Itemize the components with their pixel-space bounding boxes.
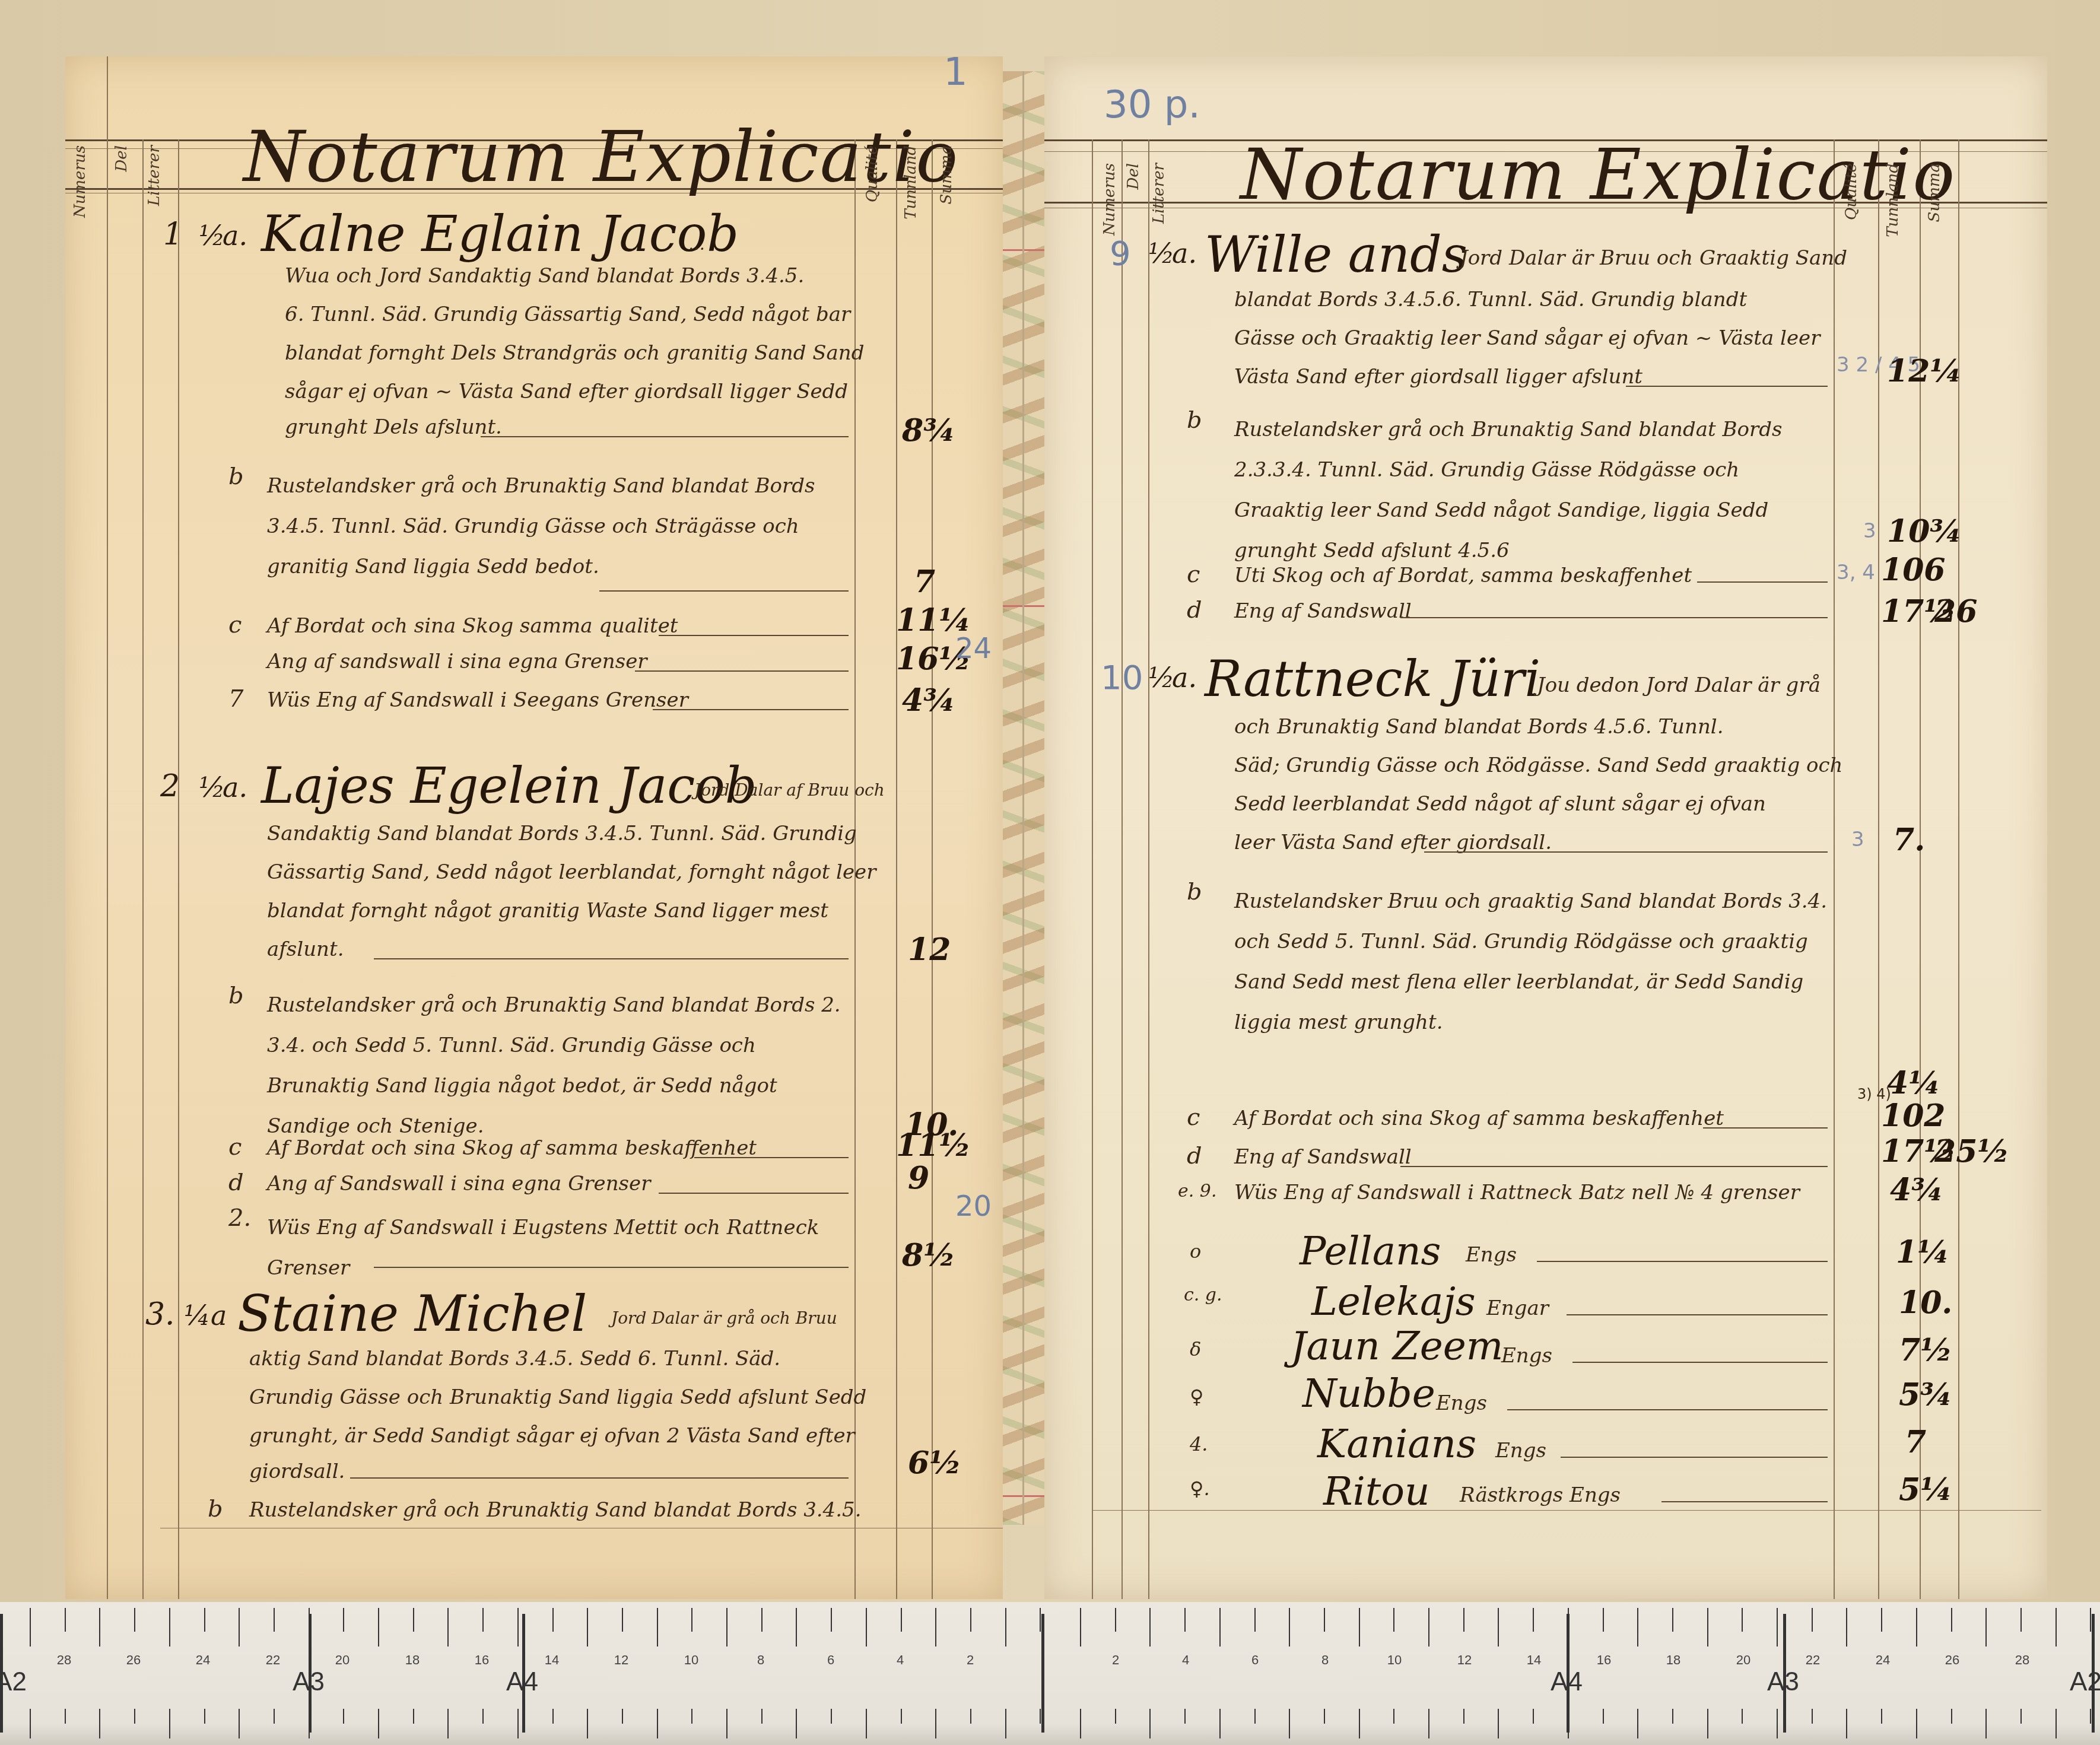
ruler-tick bbox=[2090, 1709, 2091, 1724]
ruler-tick bbox=[1324, 1709, 1325, 1724]
entry-name: Lajes Egelein Jacob bbox=[261, 757, 757, 815]
ruler-tick bbox=[1219, 1608, 1221, 1647]
ruler-tick bbox=[587, 1608, 588, 1647]
subitem-text: Af Bordat och sina Skog samma qualitet bbox=[267, 614, 678, 638]
subitem-amount: 8½ bbox=[902, 1237, 955, 1273]
entry-line: leer Västa Sand efter giordsall. bbox=[1234, 831, 1552, 854]
ruler-label: 24 bbox=[1876, 1652, 1890, 1668]
ruler-tick bbox=[796, 1709, 797, 1738]
fill-line bbox=[1572, 1362, 1828, 1363]
ruler-label: 20 bbox=[335, 1652, 350, 1668]
ruler-tick bbox=[1115, 1709, 1116, 1724]
page-title: Notarum Explicatio bbox=[243, 116, 959, 198]
fill-line bbox=[350, 1477, 849, 1479]
ruler-tick bbox=[726, 1608, 727, 1647]
subitem-letter: d bbox=[228, 1169, 244, 1196]
ruler-tick bbox=[691, 1608, 692, 1632]
ruler-tick bbox=[274, 1709, 275, 1724]
ruler-tick bbox=[1951, 1709, 1952, 1724]
subitem-text: Ang af sandswall i sina egna Grenser bbox=[267, 650, 647, 673]
ruler-tick bbox=[413, 1608, 414, 1632]
entry-line: afslunt. bbox=[267, 937, 344, 961]
entry-line: Jord Dalar af Bruu och bbox=[694, 780, 885, 800]
ruler-label: 16 bbox=[475, 1652, 489, 1668]
ruler-major-mark bbox=[1041, 1614, 1044, 1733]
entry-amount: 8¾ bbox=[902, 412, 955, 449]
subitem-text: Rustelandsker Bruu och graaktig Sand bla… bbox=[1234, 881, 1828, 1042]
ruler-tick bbox=[1184, 1608, 1186, 1632]
ruler-tick bbox=[1005, 1709, 1006, 1738]
ruler-tick bbox=[1289, 1709, 1290, 1738]
entry-line: Gässe och Graaktig leer Sand sågar ej of… bbox=[1234, 326, 1820, 350]
folio-number: 1 bbox=[943, 56, 968, 94]
ruler-tick bbox=[657, 1608, 658, 1647]
column-rule bbox=[107, 56, 108, 1599]
ruler-tick bbox=[1533, 1608, 1534, 1632]
subitem-letter: b bbox=[208, 1495, 223, 1522]
meadow-name: Jaun Zeem bbox=[1291, 1323, 1503, 1369]
ruler-label: 6 bbox=[1251, 1652, 1259, 1668]
ruler-tick bbox=[30, 1709, 31, 1738]
fill-line bbox=[1400, 617, 1828, 618]
ruler-tick bbox=[1812, 1608, 1813, 1632]
column-head-litterer: Litterer bbox=[1150, 163, 1168, 224]
subitem-text: Wüs Eng af Sandswall i Rattneck Batz nel… bbox=[1234, 1181, 1800, 1204]
ruler-tick bbox=[2055, 1608, 2057, 1647]
entry-line: Sedd leerblandat Sedd något af slunt såg… bbox=[1234, 792, 1766, 816]
ruler-tick bbox=[482, 1608, 484, 1632]
map-boundary bbox=[1003, 249, 1044, 251]
fill-line bbox=[1400, 1166, 1828, 1167]
left-page: 1 Notarum Explicatio Numerus Del Littere… bbox=[65, 56, 1003, 1599]
column-head-summa: Summa bbox=[1926, 163, 1943, 222]
paper-size-label: A3 bbox=[293, 1667, 325, 1697]
ruler-tick bbox=[65, 1608, 66, 1632]
subitem-letter: b bbox=[1187, 406, 1202, 434]
ruler-tick bbox=[970, 1608, 971, 1632]
subitem-text: Wüs Eng af Sandswall i Eugstens Mettit o… bbox=[267, 1207, 849, 1288]
ruler-tick bbox=[1428, 1608, 1429, 1647]
subitem-letter: c bbox=[228, 611, 242, 638]
margin-pencil-note: 3, 4 bbox=[1837, 561, 1875, 584]
entry-number: 1 bbox=[163, 217, 183, 252]
ruler-tick bbox=[901, 1709, 902, 1724]
meadow-mark: ♀ bbox=[1190, 1385, 1203, 1408]
fill-line bbox=[1507, 1409, 1828, 1410]
ruler-tick bbox=[552, 1709, 554, 1724]
entry-line: Sandaktig Sand blandat Bords 3.4.5. Tunn… bbox=[267, 822, 857, 846]
ruler-tick bbox=[30, 1608, 31, 1647]
fill-line bbox=[1697, 581, 1828, 583]
column-head-litterer: Litterer bbox=[145, 145, 163, 206]
meadow-name: Ritou bbox=[1323, 1469, 1430, 1514]
entry-line: sågar ej ofvan ~ Västa Sand efter giords… bbox=[285, 380, 848, 403]
ruler-label: 12 bbox=[614, 1652, 628, 1668]
ruler-tick bbox=[831, 1709, 832, 1724]
paper-size-label: A2 bbox=[2070, 1667, 2100, 1697]
entry-share: ½ bbox=[1148, 662, 1175, 694]
ruler-tick bbox=[204, 1608, 205, 1632]
subitem-amount: 4¾ bbox=[1890, 1172, 1943, 1208]
meadow-amount: 7 bbox=[1905, 1424, 1926, 1460]
subitem-text: Rustelandsker grå och Brunaktig Sand bla… bbox=[1234, 409, 1828, 571]
margin-pencil-note: 3 bbox=[1863, 519, 1876, 543]
entry-line: grunght Dels afslunt. bbox=[285, 415, 502, 439]
ruler-tick bbox=[204, 1709, 205, 1724]
meadow-mark: o bbox=[1190, 1240, 1201, 1263]
ruler-tick bbox=[1812, 1709, 1813, 1724]
subitem-letter: 2. bbox=[228, 1204, 251, 1232]
scale-ruler: 28 26 24 22 20 18 16 14 12 10 8 6 4 2 2 … bbox=[0, 1602, 2100, 1745]
column-head-tunnland: Tunnland bbox=[1884, 163, 1902, 237]
pencil-total: 20 bbox=[955, 1190, 992, 1223]
ruler-tick bbox=[1985, 1608, 1987, 1647]
ruler-tick bbox=[378, 1608, 379, 1647]
entry-line: 6. Tunnl. Säd. Grundig Gässartig Sand, S… bbox=[285, 303, 850, 326]
ruler-tick bbox=[1149, 1709, 1151, 1738]
ruler-tick bbox=[1846, 1608, 1847, 1647]
entry-number: 10 bbox=[1101, 659, 1143, 697]
entry-line: Grundig Gässe och Brunaktig Sand liggia … bbox=[249, 1385, 866, 1409]
entry-line: grunght, är Sedd Sandigt sågar ej ofvan … bbox=[249, 1424, 855, 1448]
ruler-tick bbox=[1742, 1709, 1743, 1724]
ruler-tick bbox=[1428, 1709, 1429, 1738]
ruler-label: 6 bbox=[827, 1652, 834, 1668]
ruler-tick bbox=[1916, 1608, 1917, 1647]
ruler-tick bbox=[1005, 1608, 1006, 1647]
entry-line: blandat fornght Dels Strandgräs och gran… bbox=[285, 341, 865, 365]
ruler-tick bbox=[2055, 1709, 2057, 1738]
fill-line bbox=[1661, 1501, 1828, 1502]
ruler-tick bbox=[274, 1608, 275, 1632]
subitem-amount: 7 bbox=[914, 564, 935, 600]
entry-name: Kalne Eglain Jacob bbox=[261, 205, 739, 263]
map-fragment-gutter bbox=[1003, 71, 1044, 1525]
column-head-qualite: Qualité bbox=[1842, 163, 1860, 220]
ruler-tick bbox=[1463, 1709, 1464, 1724]
column-head-del: Del bbox=[113, 145, 131, 172]
column-rule bbox=[896, 139, 897, 1599]
ruler-label: 18 bbox=[405, 1652, 420, 1668]
folio-number: 30 p. bbox=[1104, 83, 1200, 127]
ruler-tick bbox=[796, 1608, 797, 1647]
fill-line bbox=[635, 670, 849, 672]
entry-line: blandat fornght något granitig Waste San… bbox=[267, 899, 828, 923]
meadow-suffix: Engar bbox=[1486, 1296, 1549, 1320]
footer-rule bbox=[1092, 1510, 2041, 1511]
entry-line: Wua och Jord Sandaktig Sand blandat Bord… bbox=[285, 264, 804, 288]
ruler-tick bbox=[1289, 1608, 1290, 1647]
ruler-tick bbox=[1985, 1709, 1987, 1738]
meadow-name: Kanians bbox=[1317, 1421, 1476, 1467]
subitem-letter: c bbox=[228, 1133, 242, 1161]
subitem-text: Ang af Sandswall i sina egna Grenser bbox=[267, 1172, 650, 1196]
entry-number: 9 bbox=[1110, 234, 1131, 273]
subitem-letter: b bbox=[228, 982, 244, 1009]
ruler-tick bbox=[1359, 1608, 1360, 1647]
ruler-tick bbox=[587, 1709, 588, 1738]
meadow-name: Nubbe bbox=[1302, 1371, 1435, 1416]
ruler-label: 20 bbox=[1736, 1652, 1750, 1668]
ruler-label: 10 bbox=[684, 1652, 698, 1668]
subitem-text: Rustelandsker grå och Brunaktig Sand bla… bbox=[267, 466, 849, 587]
entry-line: och Brunaktig Sand blandat Bords 4.5.6. … bbox=[1234, 715, 1723, 739]
subitem-amount: 4¾ bbox=[902, 682, 955, 719]
ruler-tick bbox=[134, 1608, 135, 1632]
ruler-tick bbox=[2020, 1709, 2022, 1724]
meadow-mark: 4. bbox=[1190, 1433, 1208, 1455]
ruler-tick bbox=[1393, 1709, 1394, 1724]
ruler-tick bbox=[134, 1709, 135, 1724]
subitem-letter: d bbox=[1187, 1142, 1202, 1169]
ruler-tick bbox=[1777, 1608, 1778, 1647]
fill-line bbox=[1567, 1314, 1828, 1315]
entry-letter: a. bbox=[223, 220, 247, 252]
subitem-letter: c bbox=[1187, 1104, 1200, 1131]
ruler-tick bbox=[726, 1709, 727, 1738]
entry-letter: a. bbox=[223, 771, 247, 803]
fill-line bbox=[1537, 1261, 1828, 1262]
ruler-label: 14 bbox=[1527, 1652, 1541, 1668]
entry-amount: 7. bbox=[1893, 822, 1925, 858]
entry-line: Säd; Grundig Gässe och Rödgässe. Sand Se… bbox=[1234, 754, 1842, 777]
entry-line: Jord Dalar är grå och Bruu bbox=[611, 1308, 837, 1328]
meadow-suffix: Rästkrogs Engs bbox=[1460, 1483, 1621, 1507]
column-head-del: Del bbox=[1124, 163, 1142, 190]
ruler-tick bbox=[1463, 1608, 1464, 1632]
ruler-tick bbox=[1777, 1709, 1778, 1738]
ruler-tick bbox=[309, 1709, 310, 1738]
ruler-tick bbox=[1533, 1709, 1534, 1724]
ruler-tick bbox=[413, 1709, 414, 1724]
ruler-label: 28 bbox=[2015, 1652, 2029, 1668]
ruler-tick bbox=[1254, 1608, 1256, 1632]
ruler-label: 16 bbox=[1597, 1652, 1611, 1668]
ruler-label: 18 bbox=[1666, 1652, 1680, 1668]
ruler-tick bbox=[343, 1608, 344, 1632]
fill-line bbox=[653, 709, 849, 710]
ruler-tick bbox=[970, 1709, 971, 1724]
ruler-label: 22 bbox=[1806, 1652, 1820, 1668]
meadow-amount: 1¼ bbox=[1896, 1234, 1949, 1270]
subitem-text: Af Bordat och sina Skog af samma beskaff… bbox=[267, 1136, 757, 1160]
meadow-amount: 5¼ bbox=[1899, 1471, 1952, 1508]
fill-line bbox=[599, 590, 849, 592]
fill-line bbox=[481, 436, 849, 437]
ruler-label: 10 bbox=[1387, 1652, 1402, 1668]
ruler-tick bbox=[309, 1608, 310, 1647]
ruler-tick bbox=[1080, 1608, 1081, 1647]
paper-size-label: A4 bbox=[1551, 1667, 1583, 1697]
ruler-label: 12 bbox=[1457, 1652, 1472, 1668]
fill-line bbox=[1703, 1127, 1828, 1129]
ruler-tick bbox=[866, 1709, 867, 1738]
ruler-tick bbox=[169, 1608, 170, 1647]
fill-line bbox=[659, 635, 849, 636]
entry-total: 25½ bbox=[1934, 1133, 2010, 1169]
subitem-letter: e. 9. bbox=[1178, 1181, 1216, 1202]
ruler-tick bbox=[1916, 1709, 1917, 1738]
ruler-tick bbox=[2090, 1608, 2091, 1632]
entry-line: giordsall. bbox=[249, 1460, 345, 1483]
column-head-numerus: Numerus bbox=[1101, 163, 1119, 236]
ruler-tick bbox=[65, 1709, 66, 1724]
column-rule bbox=[1092, 139, 1093, 1599]
ruler-tick bbox=[2020, 1608, 2022, 1632]
subitem-amount: 9 bbox=[908, 1160, 929, 1196]
entry-line: aktig Sand blandat Bords 3.4.5. Sedd 6. … bbox=[249, 1347, 780, 1371]
ruler-label: 28 bbox=[57, 1652, 71, 1668]
ruler-label: 8 bbox=[757, 1652, 764, 1668]
entry-name: Staine Michel bbox=[237, 1285, 587, 1343]
ruler-tick bbox=[1254, 1709, 1256, 1724]
ruler-tick bbox=[622, 1608, 623, 1632]
column-head-summa: Summa bbox=[938, 145, 955, 204]
entry-line: Västa Sand efter giordsall ligger afslun… bbox=[1234, 365, 1642, 389]
ruler-tick bbox=[657, 1709, 658, 1738]
meadow-mark: δ bbox=[1190, 1338, 1201, 1361]
entry-name: Rattneck Jüri bbox=[1205, 650, 1540, 708]
entry-line: Jou dedon Jord Dalar är grå bbox=[1537, 673, 1821, 697]
entry-letter: a. bbox=[1172, 237, 1197, 269]
paper-size-label: A2 bbox=[0, 1667, 27, 1697]
entry-number: 2 bbox=[160, 768, 180, 804]
ruler-tick bbox=[1707, 1608, 1708, 1647]
fill-line bbox=[374, 958, 849, 959]
subitem-amount: 106 bbox=[1881, 552, 1946, 588]
fill-line bbox=[694, 1157, 849, 1158]
meadow-suffix: Engs bbox=[1495, 1439, 1546, 1463]
footer-rule bbox=[160, 1528, 1003, 1528]
ruler-label: 14 bbox=[545, 1652, 559, 1668]
ruler-tick bbox=[1040, 1709, 1041, 1724]
meadow-suffix: Engs bbox=[1466, 1243, 1517, 1267]
column-head-tunnland: Tunnland bbox=[902, 145, 920, 220]
ruler-tick bbox=[1603, 1709, 1604, 1724]
subitem-text: Uti Skog och af Bordat, samma beskaffenh… bbox=[1234, 564, 1692, 587]
paper-size-label: A4 bbox=[506, 1667, 538, 1697]
ruler-label: 24 bbox=[196, 1652, 210, 1668]
entry-total: 26 bbox=[1934, 593, 1977, 630]
ruler-tick bbox=[901, 1608, 902, 1632]
ruler-label: 22 bbox=[266, 1652, 280, 1668]
subitem-letter: c bbox=[1187, 561, 1200, 588]
entry-amount: 6½ bbox=[908, 1445, 961, 1481]
subitem-text: Af Bordat och sina Skog af samma beskaff… bbox=[1234, 1107, 1724, 1130]
entry-letter: a. bbox=[1172, 662, 1197, 694]
ruler-tick bbox=[761, 1709, 763, 1724]
ruler-tick bbox=[1881, 1608, 1882, 1632]
ruler-tick bbox=[866, 1608, 867, 1647]
ruler-tick bbox=[1115, 1608, 1116, 1632]
ruler-tick bbox=[831, 1608, 832, 1632]
ruler-tick bbox=[1498, 1608, 1499, 1647]
ruler-tick bbox=[517, 1608, 519, 1647]
column-head-numerus: Numerus bbox=[71, 145, 89, 218]
ruler-tick bbox=[378, 1709, 379, 1738]
ruler-tick bbox=[1672, 1709, 1673, 1724]
entry-line: … bbox=[688, 234, 705, 254]
fill-line bbox=[1424, 851, 1828, 853]
entry-line: Gässartig Sand, Sedd något leerblandat, … bbox=[267, 860, 876, 884]
meadow-amount: 7½ bbox=[1899, 1332, 1952, 1368]
ruler-tick bbox=[517, 1709, 519, 1738]
subitem-letter: b bbox=[228, 463, 244, 490]
column-rule bbox=[932, 139, 933, 1599]
ruler-tick bbox=[1080, 1709, 1081, 1738]
subitem-letter: b bbox=[1187, 878, 1202, 905]
subitem-text: Eng af Sandswall bbox=[1234, 599, 1412, 623]
subitem-text: Rustelandsker grå och Brunaktig Sand bla… bbox=[249, 1498, 862, 1522]
ruler-tick bbox=[343, 1709, 344, 1724]
ruler-tick bbox=[447, 1608, 449, 1647]
ruler-tick bbox=[1359, 1709, 1360, 1738]
ruler-tick bbox=[1568, 1608, 1569, 1647]
subitem-text: Rustelandsker grå och Brunaktig Sand bla… bbox=[267, 985, 849, 1146]
subitem-text: Eng af Sandswall bbox=[1234, 1145, 1412, 1169]
column-rule bbox=[142, 139, 144, 1599]
map-boundary bbox=[1003, 1495, 1044, 1497]
fill-line bbox=[659, 1193, 849, 1194]
ruler-tick bbox=[935, 1608, 936, 1647]
subitem-letter: d bbox=[1187, 596, 1202, 624]
margin-pencil-note: 3 bbox=[1851, 828, 1864, 851]
entry-share: ½ bbox=[199, 220, 225, 252]
subitem-amount: 11½ bbox=[896, 1127, 971, 1164]
ruler-tick bbox=[1219, 1709, 1221, 1738]
column-rule bbox=[1148, 139, 1149, 1599]
ruler-label: 2 bbox=[967, 1652, 974, 1668]
paper-size-label: A3 bbox=[1767, 1667, 1799, 1697]
column-rule bbox=[1834, 139, 1835, 1599]
entry-line: Jord Dalar är Bruu och Graaktig Sand bbox=[1460, 246, 1847, 270]
meadow-name: Pellans bbox=[1300, 1228, 1441, 1274]
ruler-tick bbox=[761, 1608, 763, 1632]
ruler-tick bbox=[1637, 1608, 1638, 1647]
subitem-letter: 7 bbox=[228, 685, 243, 713]
ruler-tick bbox=[239, 1608, 240, 1647]
ruler-tick bbox=[1707, 1709, 1708, 1738]
column-rule bbox=[1122, 139, 1123, 1599]
ruler-tick bbox=[1040, 1608, 1041, 1632]
ruler-label: 26 bbox=[126, 1652, 141, 1668]
ruler-label: 26 bbox=[1945, 1652, 1959, 1668]
ruler-tick bbox=[1951, 1608, 1952, 1632]
ruler-label: 4 bbox=[1182, 1652, 1189, 1668]
map-boundary bbox=[1003, 605, 1044, 607]
ruler-tick bbox=[447, 1709, 449, 1738]
entry-share: ¼ bbox=[184, 1299, 211, 1331]
meadow-suffix: Engs bbox=[1436, 1391, 1487, 1415]
ruler-tick bbox=[1846, 1709, 1847, 1738]
ruler-tick bbox=[1568, 1709, 1569, 1738]
fill-line bbox=[374, 1267, 849, 1268]
entry-share: ½ bbox=[199, 771, 225, 803]
ruler-tick bbox=[169, 1709, 170, 1738]
entry-line: blandat Bords 3.4.5.6. Tunnl. Säd. Grund… bbox=[1234, 288, 1747, 312]
meadow-mark: ♀. bbox=[1190, 1477, 1210, 1500]
meadow-suffix: Engs bbox=[1501, 1344, 1552, 1368]
ruler-tick bbox=[1603, 1608, 1604, 1632]
pencil-total: 24 bbox=[955, 632, 992, 665]
fill-line bbox=[1626, 386, 1828, 387]
ruler-tick bbox=[1672, 1608, 1673, 1632]
ruler-tick bbox=[99, 1709, 100, 1738]
right-page: 30 p. Notarum Explicatio Numerus Del Lit… bbox=[1044, 56, 2047, 1599]
subitem-text: Wüs Eng af Sandswall i Seegans Grenser bbox=[267, 688, 688, 712]
subitem-amount: 4¼ bbox=[1887, 1065, 1940, 1101]
ruler-tick bbox=[622, 1709, 623, 1724]
